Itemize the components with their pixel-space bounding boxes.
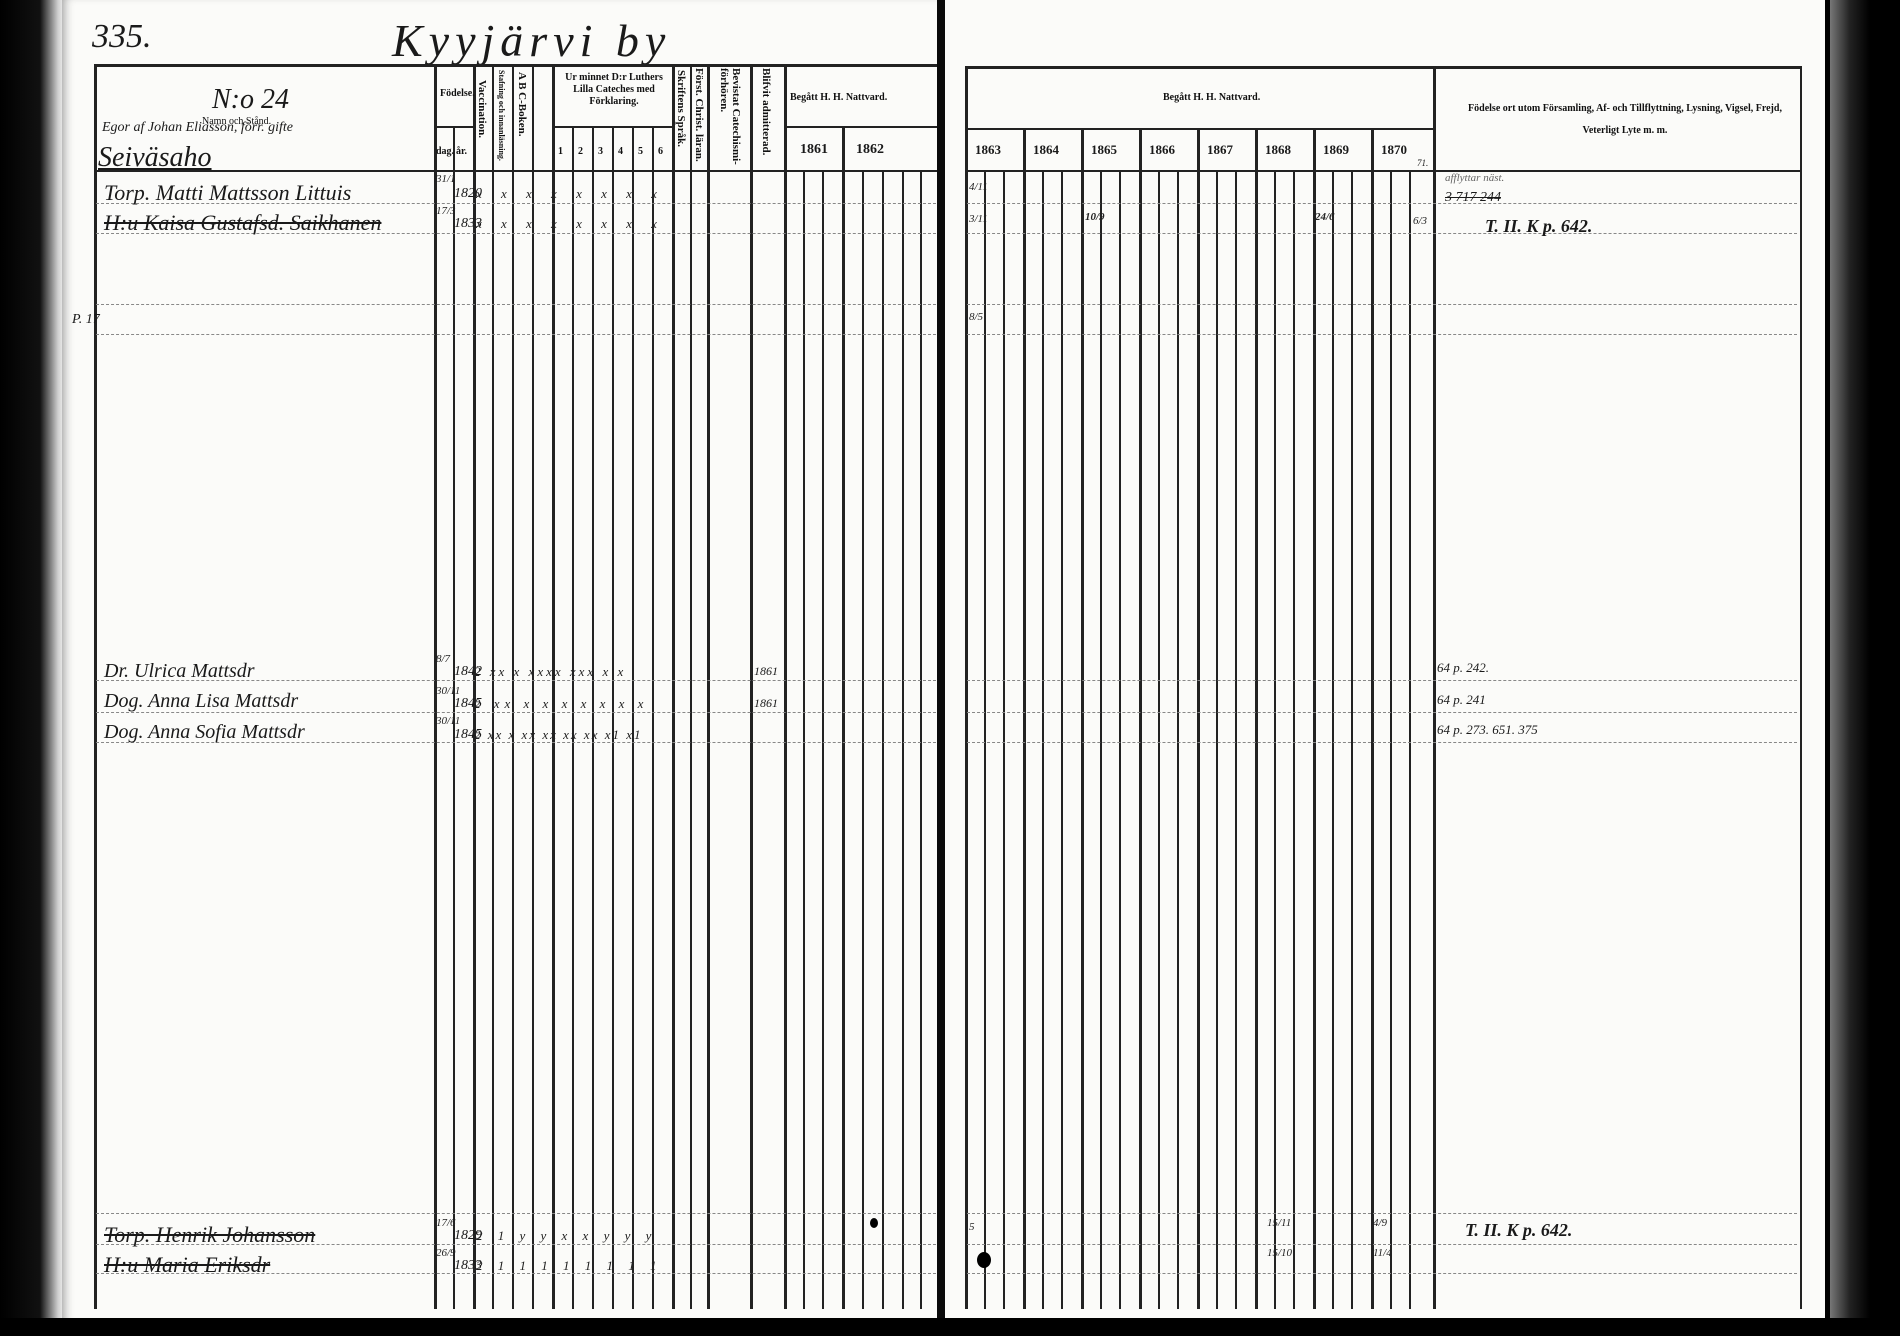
col-sep — [920, 170, 922, 1309]
birth-header: Födelse. — [440, 88, 475, 99]
communion-year-1867: 1867 — [1207, 142, 1233, 158]
communion-date: 4/11 — [969, 182, 988, 192]
exam-marks: 2 xx x x x x x x x — [474, 696, 648, 712]
sub-col — [1293, 170, 1295, 1309]
sub-col — [1216, 170, 1218, 1309]
col-sep — [862, 170, 864, 1309]
remark: 64 p. 273. 651. 375 — [1437, 722, 1538, 738]
communion-date: 11/4 — [1373, 1248, 1392, 1258]
row-line — [96, 334, 936, 335]
header-divider — [434, 126, 473, 128]
person-name: Torp. Matti Mattsson Littuis — [104, 180, 351, 206]
scan-left-margin — [0, 0, 66, 1336]
birth-day-month: 17/3 — [436, 206, 456, 216]
catechism-part-2: 2 — [578, 146, 583, 157]
ink-blot — [977, 1252, 991, 1268]
sub-col — [1003, 170, 1005, 1309]
exam-marks: 2 xx x xx xx xx xx x1 x1 — [474, 727, 643, 743]
communion-year-1863: 1863 — [975, 142, 1001, 158]
communion-date: 5 — [969, 1222, 975, 1232]
row-line — [967, 334, 1797, 335]
col-sep — [750, 64, 753, 1309]
remark: 3 717 244 — [1445, 190, 1501, 206]
birth-day-month: 8/7 — [436, 654, 450, 664]
row-line — [96, 1213, 936, 1214]
col-sep — [784, 64, 787, 1309]
communion-header: Begått H. H. Nattvard. — [790, 92, 887, 103]
sub-col — [1235, 170, 1237, 1309]
admitted-year: 1861 — [754, 696, 778, 711]
row-line — [967, 304, 1797, 305]
row-line — [967, 1273, 1797, 1274]
row-line — [967, 742, 1797, 743]
communion-year-1869: 1869 — [1323, 142, 1349, 158]
table-left-border — [94, 64, 97, 1309]
communion-header: Begått H. H. Nattvard. — [1163, 92, 1260, 103]
page-number: 335. — [92, 18, 152, 56]
farm-name: Seiväsaho — [98, 142, 212, 174]
exam-marks: 2 xx x xxxx xxx x x — [474, 664, 626, 680]
communion-year-1861: 1861 — [800, 142, 828, 158]
communion-date: 24/6 — [1315, 212, 1335, 222]
admitted-year: 1861 — [754, 664, 778, 679]
catechism-header: Ur minnet D:r Luthers Lilla Cateches med… — [556, 72, 672, 108]
village-title: Kyyjärvi by — [392, 14, 671, 67]
spelling-reading-header: Stafning och innanläsning. — [495, 70, 507, 168]
communion-date: 4/9 — [1373, 1218, 1387, 1228]
communion-date: 15/10 — [1267, 1248, 1292, 1258]
communion-date: 6/3 — [1413, 216, 1427, 226]
year-sep — [1197, 128, 1200, 1309]
sub-col — [1332, 170, 1334, 1309]
scripture-language-header: Skriftens Språk. — [675, 70, 687, 168]
col-sep — [822, 170, 824, 1309]
col-sep — [707, 64, 710, 1309]
exam-marks: x x x x x x x x — [476, 186, 665, 202]
catechism-part-1: 1 — [558, 146, 563, 157]
birth-year-header: år. — [456, 146, 467, 157]
admitted-header: Blifvit admitterad. — [760, 68, 772, 168]
remark: T. II. K p. 642. — [1465, 1220, 1572, 1241]
sub-col — [1177, 170, 1179, 1309]
col-sep — [803, 170, 805, 1309]
sub-col — [1119, 170, 1121, 1309]
sub-col — [1061, 170, 1063, 1309]
header-divider — [784, 126, 937, 128]
remark: T. II. K p. 642. — [1485, 216, 1592, 237]
abc-book-header: A B C-Boken. — [516, 72, 528, 168]
right-register-page: Begått H. H. Nattvard. Födelse ort utom … — [945, 0, 1825, 1322]
person-name: Dr. Ulrica Mattsdr — [104, 660, 255, 683]
row-line — [967, 1213, 1797, 1214]
birth-day-month: 17/6 — [436, 1218, 456, 1228]
birth-day-month: 30/11 — [436, 716, 460, 726]
birth-day-month: 26/9 — [436, 1248, 456, 1258]
sub-col — [1351, 170, 1353, 1309]
year-sep — [1081, 128, 1084, 1309]
person-name: Torp. Henrik Johansson — [104, 1222, 315, 1248]
catechism-part-5: 5 — [638, 146, 643, 157]
communion-year-1864: 1864 — [1033, 142, 1059, 158]
header-divider — [552, 126, 672, 128]
scan-right-margin — [1830, 0, 1900, 1336]
row-line — [967, 680, 1797, 681]
header-bottom-border — [965, 170, 1800, 172]
remark-note: afflyttar näst. — [1445, 172, 1504, 184]
year-sep — [1255, 128, 1258, 1309]
person-name: H:u Kaisa Gustafsd. Saikhanen — [104, 210, 381, 236]
sub-col — [1042, 170, 1044, 1309]
row-line — [967, 233, 1797, 234]
communion-date: 10/9 — [1085, 212, 1105, 222]
remarks-header: Födelse ort utom Församling, Af- och Til… — [1465, 98, 1785, 142]
col-sep — [552, 64, 555, 1309]
catechism-part-6: 6 — [658, 146, 663, 157]
year-sep — [1139, 128, 1142, 1309]
col-sep — [532, 64, 534, 1309]
catechism-part-4: 4 — [618, 146, 623, 157]
year-note: 71. — [1417, 158, 1428, 168]
row-line — [967, 1244, 1797, 1245]
table-right-border — [1800, 66, 1802, 1309]
col-sep — [902, 170, 904, 1309]
person-name: Dog. Anna Lisa Mattsdr — [104, 690, 298, 713]
communion-year-1865: 1865 — [1091, 142, 1117, 158]
communion-date: 3/11 — [969, 214, 988, 224]
header-bottom-border — [94, 170, 937, 172]
exam-marks: 2 1 y y x x y y y — [476, 1228, 657, 1244]
year-sep — [1313, 128, 1316, 1309]
col-sep — [492, 64, 494, 1309]
communion-year-1862: 1862 — [856, 142, 884, 158]
sub-col — [1274, 170, 1276, 1309]
birth-day-month: 31/1 — [436, 174, 456, 184]
sub-col — [1158, 170, 1160, 1309]
birth-day-month: 30/11 — [436, 686, 460, 696]
table-top-border — [94, 64, 937, 67]
person-name: Dog. Anna Sofia Mattsdr — [104, 721, 305, 744]
remark: 64 p. 241 — [1437, 692, 1486, 708]
col-sep — [512, 64, 514, 1309]
margin-note: P. 17 — [72, 312, 100, 328]
table-top-border — [965, 66, 1800, 69]
person-name: H:u Maria Eriksdr — [104, 1252, 270, 1278]
christian-teaching-header: Först. Christ. läran. — [693, 68, 705, 168]
exam-marks: x x x x x x x x — [476, 216, 665, 232]
sub-col — [1409, 170, 1411, 1309]
vaccination-header: Vaccination. — [476, 80, 488, 168]
row-line — [96, 304, 936, 305]
sub-col — [1390, 170, 1392, 1309]
col-sep — [473, 64, 476, 1309]
year-sep — [1023, 128, 1026, 1309]
remarks-column-border — [1433, 66, 1436, 1309]
birth-day-header: dag. — [436, 146, 454, 157]
sub-col — [1100, 170, 1102, 1309]
communion-date: 15/11 — [1267, 1218, 1291, 1228]
exam-marks: 2 1 1 1 1 1 1 1 1 — [476, 1258, 663, 1274]
remark: 64 p. 242. — [1437, 660, 1489, 676]
col-sep — [882, 170, 884, 1309]
col-sep — [672, 64, 675, 1309]
ink-blot — [870, 1218, 878, 1228]
col-sep — [690, 64, 692, 1309]
left-register-page: 335. Kyyjärvi by N:o 24 Namn och Stånd. … — [62, 0, 939, 1322]
communion-date: 8/5 — [969, 312, 983, 322]
row-line — [967, 203, 1797, 204]
household-note: Egor af Johan Eliasson, förr. gifte — [102, 120, 293, 136]
scan-bottom-margin — [0, 1318, 1900, 1336]
communion-year-1868: 1868 — [1265, 142, 1291, 158]
catechism-hearings-header: Bevistat Catechismi-förhören. — [718, 68, 742, 168]
sub-col — [984, 170, 986, 1309]
row-line — [967, 712, 1797, 713]
catechism-part-3: 3 — [598, 146, 603, 157]
year-sep — [1371, 128, 1374, 1309]
communion-year-1870: 1870 — [1381, 142, 1407, 158]
household-number: N:o 24 — [212, 84, 289, 116]
communion-year-1866: 1866 — [1149, 142, 1175, 158]
table-left-border — [965, 66, 968, 1309]
